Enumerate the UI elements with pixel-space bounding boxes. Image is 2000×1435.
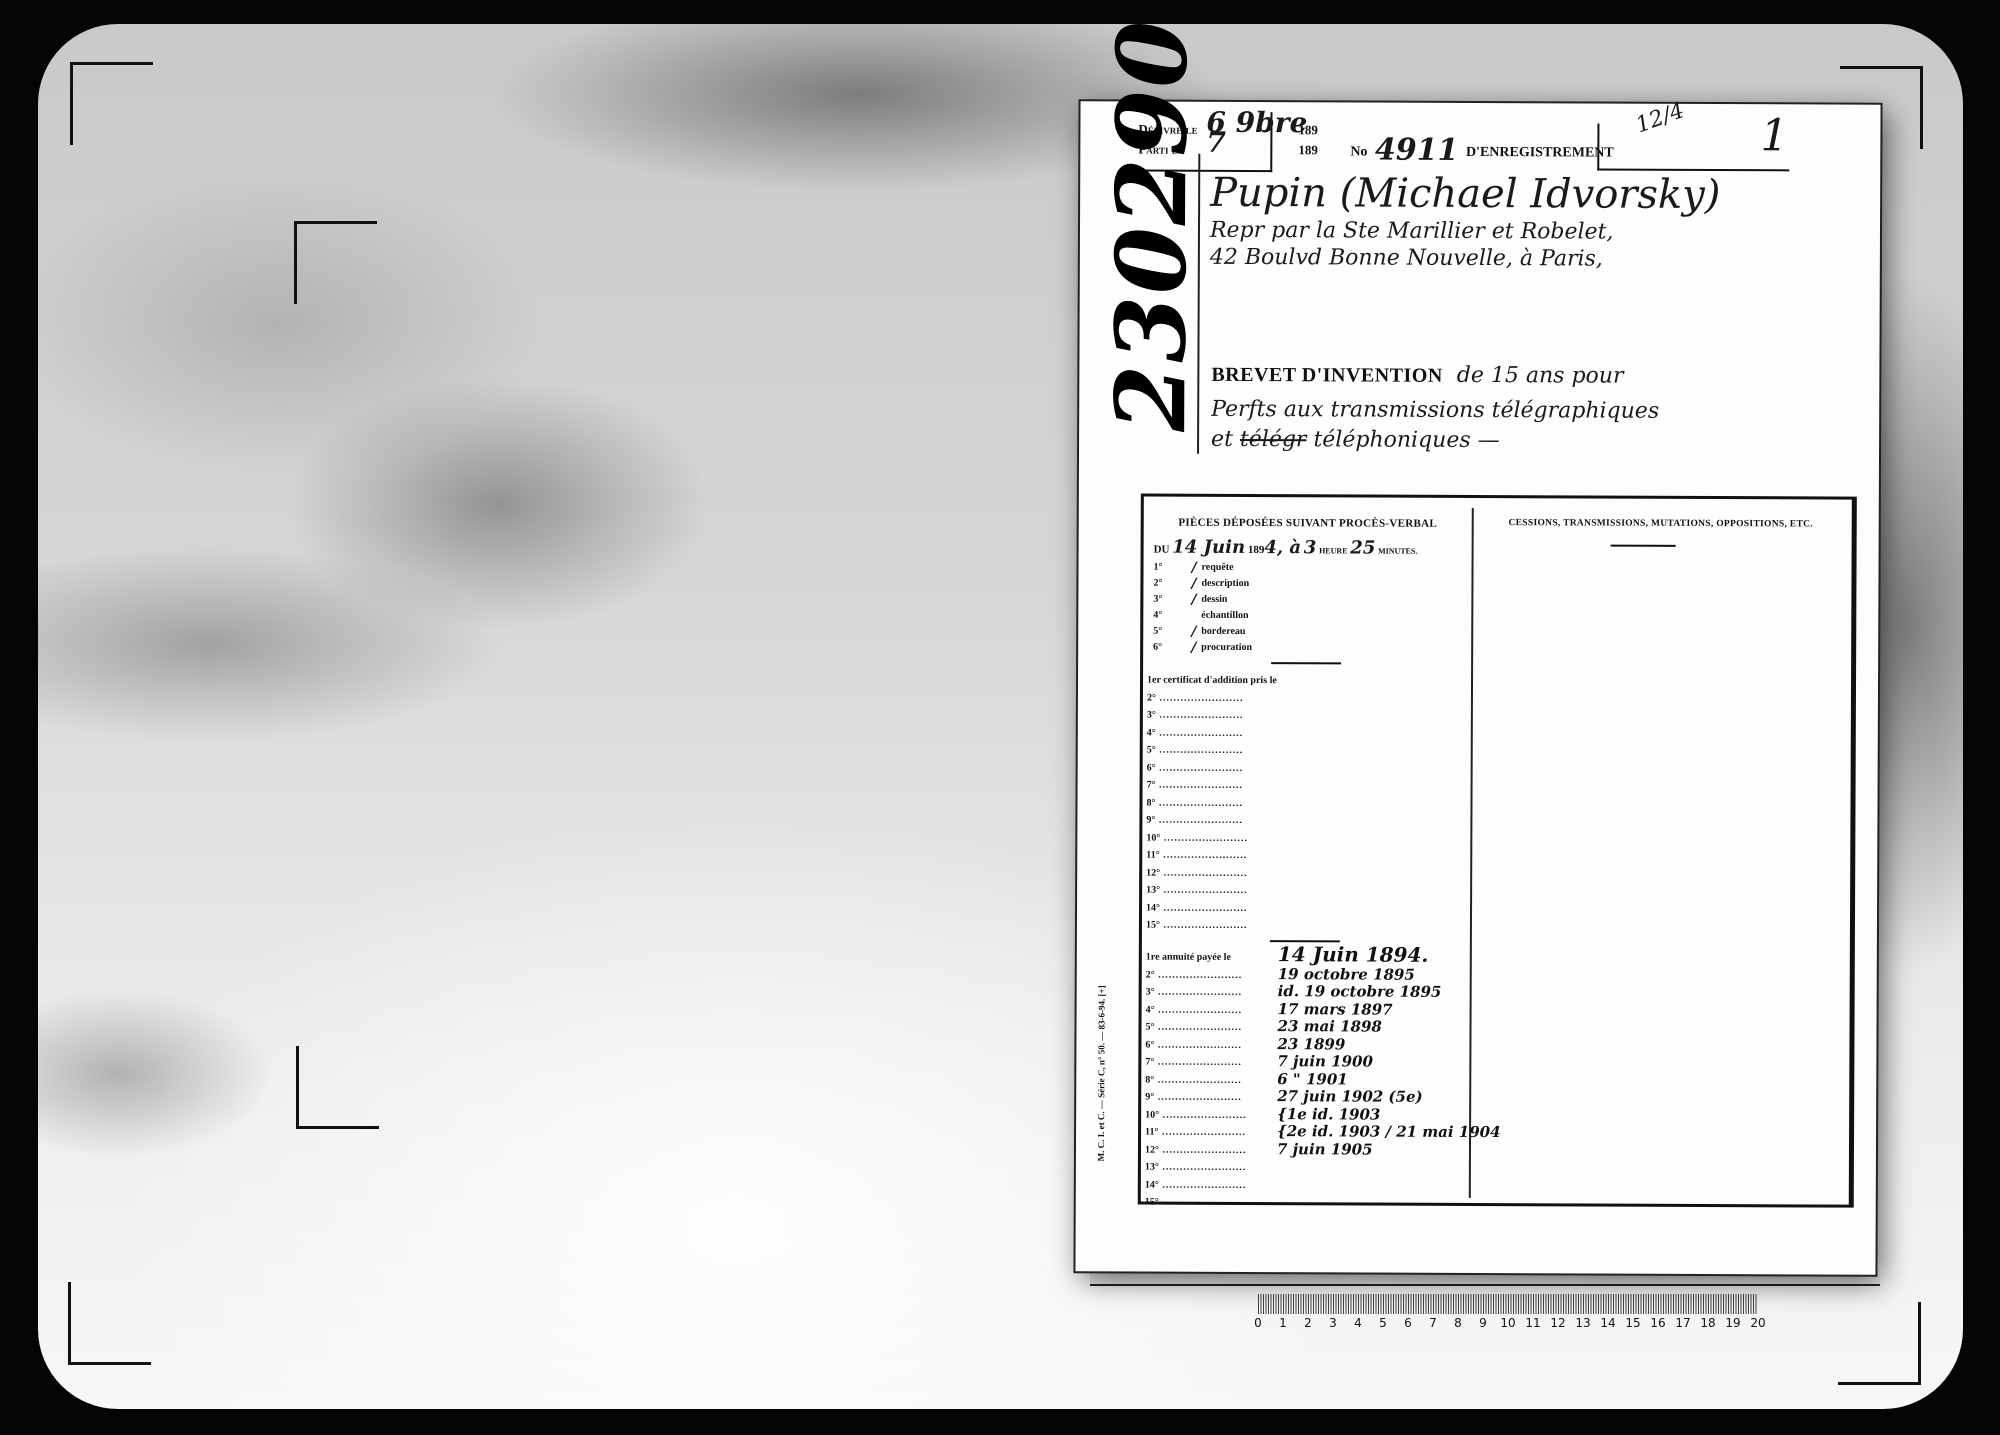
ruler-label: 2 bbox=[1304, 1316, 1312, 1330]
piece-label: échantillon bbox=[1201, 610, 1248, 621]
record-table: PIÈCES DÉPOSÉES SUIVANT PROCÈS-VERBAL DU… bbox=[1138, 494, 1857, 1208]
annuity-number: 8° bbox=[1145, 1074, 1154, 1085]
piece-row: 3°/dessin bbox=[1153, 594, 1471, 611]
ruler-label: 12 bbox=[1550, 1316, 1565, 1330]
annuity-date: {2e id. 1903 / 21 mai 1904 bbox=[1277, 1122, 1501, 1141]
pv-date: 14 Juin bbox=[1172, 537, 1245, 558]
annuity-number: 13° bbox=[1145, 1162, 1159, 1173]
pv-year-print: 189 bbox=[1248, 544, 1265, 556]
ruler-label: 16 bbox=[1650, 1316, 1665, 1330]
cessions-column: CESSIONS, TRANSMISSIONS, MUTATIONS, OPPO… bbox=[1476, 498, 1846, 530]
annuity-row: 6° ........................23 1899 bbox=[1145, 1039, 1247, 1057]
annuity-number: 6° bbox=[1145, 1039, 1154, 1050]
piece-row: 1°/requête bbox=[1153, 562, 1471, 579]
piece-label: dessin bbox=[1201, 594, 1227, 605]
annuity-first-label: 1re annuité payée le bbox=[1146, 952, 1231, 963]
ruler-label: 19 bbox=[1725, 1316, 1740, 1330]
dot-leader: ........................ bbox=[1156, 745, 1244, 756]
annuity-date: 23 1899 bbox=[1277, 1035, 1345, 1053]
certificate-number: 6° bbox=[1147, 762, 1156, 773]
annuity-date: 19 octobre 1895 bbox=[1278, 965, 1415, 984]
annuity-date: 7 juin 1900 bbox=[1277, 1052, 1373, 1070]
certificate-row: 2° ........................ bbox=[1147, 692, 1277, 710]
ruler-label: 8 bbox=[1454, 1316, 1462, 1330]
delivered-year: 189 bbox=[1298, 122, 1318, 138]
registration-number: No 4911 D'ENREGISTREMENT bbox=[1350, 128, 1614, 164]
printer-mark: M. C. I. et C. — Série C, n° 50. — 83-6-… bbox=[1096, 985, 1107, 1161]
annuity-date: 6 " 1901 bbox=[1277, 1070, 1348, 1088]
annuity-date: 23 mai 1898 bbox=[1277, 1017, 1381, 1035]
certificate-number: 2° bbox=[1147, 692, 1156, 703]
crop-mark-outer-top-left bbox=[70, 62, 153, 145]
ruler-label: 0 bbox=[1254, 1316, 1262, 1330]
dot-leader: ........................ bbox=[1160, 832, 1248, 843]
ruler-label: 14 bbox=[1600, 1316, 1615, 1330]
ruler-label: 4 bbox=[1354, 1316, 1362, 1330]
reg-label: D'ENREGISTREMENT bbox=[1466, 145, 1614, 161]
certificate-number: 12° bbox=[1146, 867, 1160, 878]
certificate-number: 3° bbox=[1147, 710, 1156, 721]
annuity-row: 11° ........................{2e id. 1903… bbox=[1145, 1127, 1247, 1145]
certificate-row: 14° ........................ bbox=[1146, 902, 1276, 920]
annuity-number: 7° bbox=[1145, 1057, 1154, 1068]
annuity-date: id. 19 octobre 1895 bbox=[1278, 982, 1442, 1001]
certificate-first-row: 1er certificat d'addition pris le bbox=[1147, 675, 1277, 693]
piece-label: procuration bbox=[1201, 642, 1252, 653]
ruler-label: 5 bbox=[1379, 1316, 1387, 1330]
annuity-row: 13° ........................ bbox=[1145, 1162, 1247, 1180]
certificate-row: 8° ........................ bbox=[1146, 797, 1276, 815]
piece-label: bordereau bbox=[1201, 626, 1245, 637]
crop-mark-outer-bottom-right bbox=[1838, 1302, 1921, 1385]
pieces-heading: PIÈCES DÉPOSÉES SUIVANT PROCÈS-VERBAL bbox=[1144, 517, 1472, 530]
annuity-row: 9° ........................27 juin 1902 … bbox=[1145, 1092, 1247, 1110]
annuity-number: 4° bbox=[1146, 1004, 1155, 1015]
certificate-number: 10° bbox=[1146, 832, 1160, 843]
certificate-number: 13° bbox=[1146, 885, 1160, 896]
rule-1 bbox=[1271, 662, 1341, 664]
annuity-date: 7 juin 1905 bbox=[1277, 1140, 1373, 1158]
hour-label: HEURE bbox=[1319, 546, 1347, 555]
pv-minutes: 25 bbox=[1350, 537, 1375, 558]
annuity-row: 10° ........................{1e id. 1903 bbox=[1145, 1109, 1247, 1127]
dot-leader: ........................ bbox=[1159, 1179, 1247, 1190]
dot-leader: ........................ bbox=[1154, 1039, 1242, 1050]
reg-prefix: No bbox=[1350, 144, 1367, 159]
certificate-row: 9° ........................ bbox=[1146, 815, 1276, 833]
dot-leader: ........................ bbox=[1160, 902, 1248, 913]
brevet-title: BREVET D'INVENTION bbox=[1211, 364, 1443, 387]
certificate-number: 11° bbox=[1146, 850, 1160, 861]
dot-leader: ........................ bbox=[1156, 710, 1244, 721]
proces-verbal-date: DU 14 Juin 1894, à 3 HEURE 25 MINUTES. bbox=[1154, 537, 1472, 559]
piece-number: 3° bbox=[1153, 594, 1162, 605]
dot-leader: ........................ bbox=[1156, 692, 1244, 703]
piece-mark: / bbox=[1191, 576, 1196, 592]
subject-line-1: Perfts aux transmissions télégraphiques bbox=[1211, 395, 1871, 428]
certificate-number: 8° bbox=[1146, 797, 1155, 808]
dot-leader: ........................ bbox=[1160, 920, 1248, 931]
piece-number: 6° bbox=[1153, 642, 1162, 653]
pieces-list: 1°/requête2°/description3°/dessin4°échan… bbox=[1153, 562, 1471, 659]
certificate-row: 4° ........................ bbox=[1147, 727, 1277, 745]
pv-hour: 3 bbox=[1304, 537, 1317, 558]
piece-number: 2° bbox=[1153, 578, 1162, 589]
ruler-label: 3 bbox=[1329, 1316, 1337, 1330]
certificate-row: 13° ........................ bbox=[1146, 885, 1276, 903]
dot-leader: ........................ bbox=[1154, 1057, 1242, 1068]
dot-leader: ........................ bbox=[1160, 867, 1248, 878]
annuity-row: 15° ........................ bbox=[1145, 1197, 1247, 1215]
brevet-block: BREVET D'INVENTION de 15 ans pour Perfts… bbox=[1211, 362, 1871, 458]
piece-label: description bbox=[1201, 578, 1249, 589]
crop-mark-outer-bottom-left bbox=[68, 1282, 151, 1365]
piece-mark: / bbox=[1191, 560, 1196, 576]
dot-leader: ........................ bbox=[1159, 1144, 1247, 1155]
ruler-label: 18 bbox=[1700, 1316, 1715, 1330]
certificate-row: 6° ........................ bbox=[1147, 762, 1277, 780]
certificate-row: 7° ........................ bbox=[1147, 780, 1277, 798]
piece-mark: / bbox=[1191, 640, 1196, 656]
certificate-number: 5° bbox=[1147, 745, 1156, 756]
piece-row: 4°échantillon bbox=[1153, 610, 1471, 627]
dot-leader: ........................ bbox=[1155, 797, 1243, 808]
ruler-label: 9 bbox=[1479, 1316, 1487, 1330]
crop-mark-inner-top-left bbox=[294, 221, 377, 304]
piece-row: 5°/bordereau bbox=[1153, 626, 1471, 643]
dot-leader: ........................ bbox=[1160, 885, 1248, 896]
annuity-row: 4° ........................17 mars 1897 bbox=[1146, 1004, 1248, 1022]
piece-label: requête bbox=[1202, 562, 1234, 573]
annuity-row: 14° ........................ bbox=[1145, 1179, 1247, 1197]
patent-number: 230290 bbox=[1094, 111, 1185, 431]
dot-leader: ........................ bbox=[1156, 762, 1244, 773]
cessions-heading: CESSIONS, TRANSMISSIONS, MUTATIONS, OPPO… bbox=[1476, 518, 1846, 530]
ruler-label: 11 bbox=[1525, 1316, 1540, 1330]
annuity-number: 14° bbox=[1145, 1179, 1159, 1190]
dot-leader: ........................ bbox=[1155, 1004, 1243, 1015]
annuity-row: 7° ........................7 juin 1900 bbox=[1145, 1057, 1247, 1075]
certificate-row: 10° ........................ bbox=[1146, 832, 1276, 850]
minutes-label: MINUTES. bbox=[1378, 547, 1417, 556]
dot-leader: ........................ bbox=[1159, 1162, 1247, 1173]
dot-leader: ........................ bbox=[1158, 1127, 1246, 1138]
applicant-address: 42 Boulvd Bonne Nouvelle, à Paris, bbox=[1210, 245, 1860, 273]
annuity-list: 1re annuité payée le14 Juin 1894.2° ....… bbox=[1145, 952, 1248, 1215]
dot-leader: ........................ bbox=[1159, 1197, 1247, 1208]
ruler-label: 7 bbox=[1429, 1316, 1437, 1330]
certificate-number: 4° bbox=[1147, 727, 1156, 738]
annuity-number: 15° bbox=[1145, 1197, 1159, 1208]
dot-leader: ........................ bbox=[1155, 815, 1243, 826]
ruler-label: 1 bbox=[1279, 1316, 1287, 1330]
piece-mark: / bbox=[1191, 624, 1196, 640]
du-label: DU bbox=[1154, 544, 1170, 556]
cessions-rule bbox=[1611, 545, 1676, 547]
annuity-first-row: 1re annuité payée le14 Juin 1894. bbox=[1146, 952, 1248, 970]
annuity-row: 5° ........................23 mai 1898 bbox=[1145, 1022, 1247, 1040]
annuity-date: 17 mars 1897 bbox=[1278, 1000, 1393, 1019]
certificate-number: 14° bbox=[1146, 902, 1160, 913]
brevet-duration: de 15 ans pour bbox=[1457, 363, 1624, 389]
dot-leader: ........................ bbox=[1159, 1109, 1247, 1120]
certificate-row: 3° ........................ bbox=[1147, 710, 1277, 728]
annuity-number: 9° bbox=[1145, 1092, 1154, 1103]
annuity-row: 12° ........................7 juin 1905 bbox=[1145, 1144, 1247, 1162]
reg-number: 4911 bbox=[1375, 133, 1459, 168]
departed-value: 7 bbox=[1206, 126, 1226, 159]
piece-number: 4° bbox=[1153, 610, 1162, 621]
certificate-row: 11° ........................ bbox=[1146, 850, 1276, 868]
ruler-ticks bbox=[1258, 1294, 1758, 1314]
patent-record-sheet: Délivré le 6 9bre 189 Parti le 7 189 No … bbox=[1075, 101, 1880, 1274]
dot-leader: ........................ bbox=[1160, 850, 1248, 861]
annuity-date: {1e id. 1903 bbox=[1277, 1105, 1380, 1123]
annuity-first-value: 14 Juin 1894. bbox=[1278, 942, 1429, 967]
dot-leader: ........................ bbox=[1155, 969, 1243, 980]
ruler-label: 10 bbox=[1500, 1316, 1515, 1330]
applicant-representative: Repr par la Ste Marillier et Robelet, bbox=[1210, 218, 1860, 246]
certificate-list: 1er certificat d'addition pris le2° ....… bbox=[1146, 675, 1277, 938]
certificate-number: 7° bbox=[1147, 780, 1156, 791]
annuity-row: 3° ........................id. 19 octobr… bbox=[1146, 987, 1248, 1005]
annuity-row: 8° ........................6 " 1901 bbox=[1145, 1074, 1247, 1092]
certificate-number: 15° bbox=[1146, 920, 1160, 931]
certificate-row: 12° ........................ bbox=[1146, 867, 1276, 885]
piece-row: 2°/description bbox=[1153, 578, 1471, 595]
dot-leader: ........................ bbox=[1155, 987, 1243, 998]
ruler-label: 17 bbox=[1675, 1316, 1690, 1330]
annuity-number: 3° bbox=[1146, 987, 1155, 998]
annuity-number: 12° bbox=[1145, 1144, 1159, 1155]
piece-number: 1° bbox=[1154, 562, 1163, 573]
applicant-name: Pupin (Michael Idvorsky) bbox=[1210, 170, 1860, 219]
annuity-number: 5° bbox=[1145, 1022, 1154, 1033]
subject-struck: télégr bbox=[1240, 427, 1307, 452]
dot-leader: ........................ bbox=[1156, 727, 1244, 738]
annuity-row: 2° ........................19 octobre 18… bbox=[1146, 969, 1248, 987]
departed-year: 189 bbox=[1298, 142, 1318, 158]
ruler-label: 13 bbox=[1575, 1316, 1590, 1330]
piece-mark: / bbox=[1191, 592, 1196, 608]
annuity-number: 11° bbox=[1145, 1127, 1159, 1138]
certificate-row: 15° ........................ bbox=[1146, 920, 1276, 938]
ruler-label: 6 bbox=[1404, 1316, 1412, 1330]
ruler-label: 20 bbox=[1750, 1316, 1765, 1330]
brevet-subject: Perfts aux transmissions télégraphiques … bbox=[1211, 395, 1871, 458]
subject-line-2: et télégr téléphoniques — bbox=[1211, 425, 1871, 458]
dot-leader: ........................ bbox=[1154, 1074, 1242, 1085]
pv-year-hand: 4, à bbox=[1264, 537, 1301, 558]
dot-leader: ........................ bbox=[1156, 780, 1244, 791]
crop-mark-inner-bottom-left bbox=[296, 1046, 379, 1129]
applicant-block: Pupin (Michael Idvorsky) Repr par la Ste… bbox=[1210, 170, 1860, 273]
scale-ruler: 01234567891011121314151617181920 bbox=[1258, 1294, 1798, 1334]
deposited-pieces-column: PIÈCES DÉPOSÉES SUIVANT PROCÈS-VERBAL DU… bbox=[1143, 497, 1472, 659]
certificate-row: 5° ........................ bbox=[1147, 745, 1277, 763]
dot-leader: ........................ bbox=[1154, 1092, 1242, 1103]
page-number: 1 bbox=[1760, 110, 1788, 161]
subject-prefix: et bbox=[1211, 427, 1233, 452]
annuity-date: 27 juin 1902 (5e) bbox=[1277, 1087, 1422, 1106]
piece-row: 6°/procuration bbox=[1153, 642, 1471, 659]
subject-rest: téléphoniques — bbox=[1313, 427, 1499, 453]
piece-number: 5° bbox=[1153, 626, 1162, 637]
annuity-number: 10° bbox=[1145, 1109, 1159, 1120]
annuity-number: 2° bbox=[1146, 969, 1155, 980]
ruler-label: 15 bbox=[1625, 1316, 1640, 1330]
dot-leader: ........................ bbox=[1154, 1022, 1242, 1033]
certificate-number: 9° bbox=[1146, 815, 1155, 826]
